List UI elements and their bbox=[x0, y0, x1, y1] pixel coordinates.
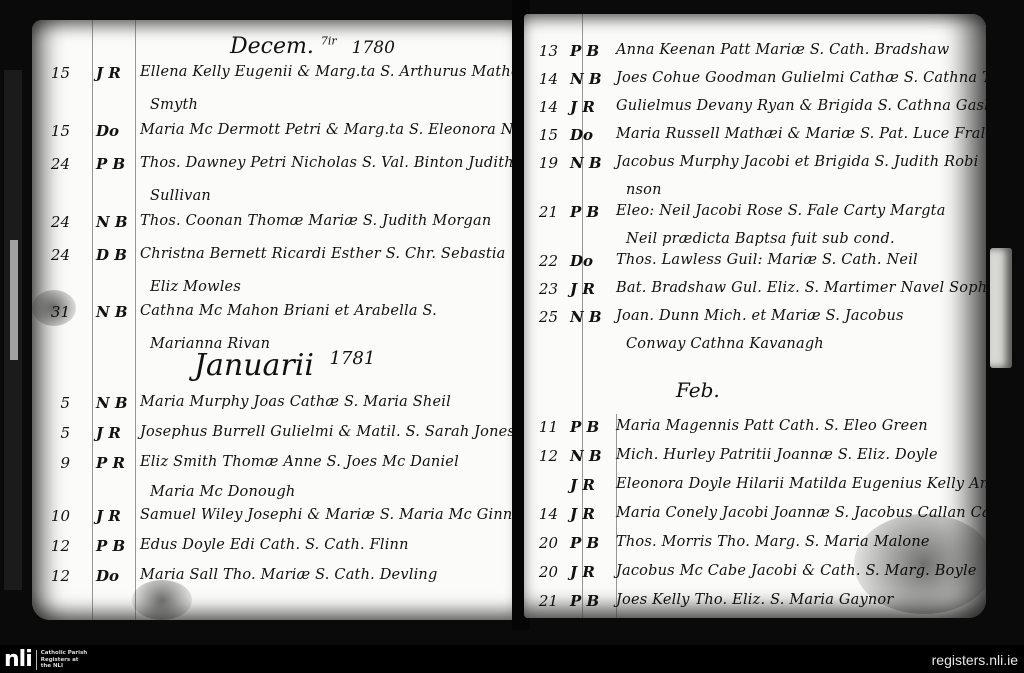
entry-day: 20 bbox=[524, 563, 558, 581]
entry-day: 20 bbox=[524, 534, 558, 552]
entry-text: nson bbox=[626, 182, 662, 198]
entry-continuation: Sullivan bbox=[32, 188, 518, 210]
entry-text: Gulielmus Devany Ryan & Brigida S. Cathn… bbox=[616, 98, 986, 114]
heading-month: Decem. bbox=[230, 34, 314, 59]
entry-text: Sullivan bbox=[150, 188, 211, 204]
entry-text: Maria Mc Dermott Petri & Marg.ta S. Eleo… bbox=[140, 122, 518, 138]
entry-day: 10 bbox=[32, 507, 70, 525]
ink-blot bbox=[132, 580, 192, 620]
entry-day: 14 bbox=[524, 505, 558, 523]
entry-text: Edus Doyle Edi Cath. S. Cath. Flinn bbox=[140, 537, 409, 553]
register-entry: 15J REllena Kelly Eugenii & Marg.ta S. A… bbox=[32, 64, 518, 86]
register-entry: 15DoMaria Russell Mathæi & Mariæ S. Pat.… bbox=[524, 126, 986, 148]
subheading-year: 1781 bbox=[330, 348, 376, 369]
entry-text: Mich. Hurley Patritii Joannæ S. Eliz. Do… bbox=[616, 447, 938, 463]
entry-code: P B bbox=[96, 155, 125, 173]
ink-blot bbox=[854, 514, 986, 614]
entry-code: J R bbox=[570, 505, 595, 523]
register-entry: 5N BMaria Murphy Joas Cathæ S. Maria She… bbox=[32, 394, 518, 416]
entry-text: Anna Keenan Patt Mariæ S. Cath. Bradshaw bbox=[616, 42, 949, 58]
entry-code: J R bbox=[96, 64, 121, 82]
heading-year: 1780 bbox=[352, 38, 395, 58]
logo-text: Catholic Parish Registers at the NLI bbox=[41, 650, 87, 670]
entry-text: Maria Magennis Patt Cath. S. Eleo Green bbox=[616, 418, 928, 434]
entry-day: 15 bbox=[32, 64, 70, 82]
entry-day: 5 bbox=[32, 424, 70, 442]
entry-day: 15 bbox=[524, 126, 558, 144]
entry-code: P B bbox=[570, 42, 599, 60]
entry-day: 12 bbox=[32, 537, 70, 555]
register-entry: 23J RBat. Bradshaw Gul. Eliz. S. Martime… bbox=[524, 280, 986, 302]
site-link[interactable]: registers.nli.ie bbox=[932, 652, 1018, 668]
register-entry: 24D BChristna Bernett Ricardi Esther S. … bbox=[32, 246, 518, 268]
entry-text: Bat. Bradshaw Gul. Eliz. S. Martimer Nav… bbox=[616, 280, 986, 296]
entry-text: Maria Sall Tho. Mariæ S. Cath. Devling bbox=[140, 567, 437, 583]
entry-code: J R bbox=[570, 476, 595, 494]
entry-code: N B bbox=[96, 303, 128, 321]
footer-bar: nli Catholic Parish Registers at the NLI… bbox=[0, 645, 1024, 673]
entry-text: Josephus Burrell Gulielmi & Matil. S. Sa… bbox=[140, 424, 515, 440]
entry-text: Maria Mc Donough bbox=[150, 484, 295, 500]
entry-code: J R bbox=[570, 98, 595, 116]
register-entry: 31N BCathna Mc Mahon Briani et Arabella … bbox=[32, 303, 518, 325]
entry-day: 11 bbox=[524, 418, 558, 436]
entry-code: J R bbox=[570, 563, 595, 581]
entry-day: 12 bbox=[524, 447, 558, 465]
entry-day: 21 bbox=[524, 203, 558, 221]
entry-text: Christna Bernett Ricardi Esther S. Chr. … bbox=[140, 246, 506, 262]
entry-day: 19 bbox=[524, 154, 558, 172]
register-entry: 24P BThos. Dawney Petri Nicholas S. Val.… bbox=[32, 155, 518, 177]
ink-blot bbox=[32, 290, 76, 326]
book-edge-highlight bbox=[10, 240, 18, 360]
entry-day: 9 bbox=[32, 454, 70, 472]
entry-text: Thos. Coonan Thomæ Mariæ S. Judith Morga… bbox=[140, 213, 491, 229]
entry-text: Eleo: Neil Jacobi Rose S. Fale Carty Mar… bbox=[616, 203, 946, 219]
entry-day: 15 bbox=[32, 122, 70, 140]
entry-day: 24 bbox=[32, 246, 70, 264]
entry-day: 24 bbox=[32, 155, 70, 173]
entry-code: D B bbox=[96, 246, 127, 264]
register-entry: 5J RJosephus Burrell Gulielmi & Matil. S… bbox=[32, 424, 518, 446]
entry-code: N B bbox=[570, 308, 602, 326]
entry-code: N B bbox=[570, 447, 602, 465]
right-page: 13P BAnna Keenan Patt Mariæ S. Cath. Bra… bbox=[524, 14, 986, 618]
entry-text: Conway Cathna Kavanagh bbox=[626, 336, 824, 352]
entry-code: N B bbox=[96, 213, 128, 231]
register-entry: 9P REliz Smith Thomæ Anne S. Joes Mc Dan… bbox=[32, 454, 518, 476]
subheading-month: Januarii bbox=[194, 348, 314, 383]
entry-day: 13 bbox=[524, 42, 558, 60]
entry-text: Jacobus Murphy Jacobi et Brigida S. Judi… bbox=[616, 154, 979, 170]
entry-text: Maria Murphy Joas Cathæ S. Maria Sheil bbox=[140, 394, 451, 410]
logo-text-line: the NLI bbox=[41, 663, 87, 670]
february-heading: Feb. bbox=[676, 378, 720, 402]
entry-text: Neil prædicta Baptsa fuit sub cond. bbox=[626, 231, 895, 247]
left-page: Decem. 7ir 1780 15J REllena Kelly Eugeni… bbox=[32, 20, 518, 620]
entry-code: N B bbox=[570, 70, 602, 88]
register-entry: 10J RSamuel Wiley Josephi & Mariæ S. Mar… bbox=[32, 507, 518, 529]
entry-text: Smyth bbox=[150, 97, 198, 113]
entry-day: 23 bbox=[524, 280, 558, 298]
entry-day: 21 bbox=[524, 592, 558, 610]
register-entry: 25N BJoan. Dunn Mich. et Mariæ S. Jacobu… bbox=[524, 308, 986, 330]
logo-divider bbox=[36, 650, 37, 670]
entry-text: Eliz Mowles bbox=[150, 279, 241, 295]
entry-text: Maria Russell Mathæi & Mariæ S. Pat. Luc… bbox=[616, 126, 986, 142]
entry-day: 22 bbox=[524, 252, 558, 270]
register-entry: 13P BAnna Keenan Patt Mariæ S. Cath. Bra… bbox=[524, 42, 986, 64]
subheading-month: Feb. bbox=[676, 378, 720, 402]
entry-day: 24 bbox=[32, 213, 70, 231]
entry-day: 14 bbox=[524, 98, 558, 116]
entry-text: Joes Cohue Goodman Gulielmi Cathæ S. Cat… bbox=[616, 70, 986, 86]
entry-code: P B bbox=[570, 418, 599, 436]
entry-text: Samuel Wiley Josephi & Mariæ S. Maria Mc… bbox=[140, 507, 518, 523]
register-entry: 12P BEdus Doyle Edi Cath. S. Cath. Flinn bbox=[32, 537, 518, 559]
entry-text: Thos. Lawless Guil: Mariæ S. Cath. Neil bbox=[616, 252, 918, 268]
entry-continuation: Conway Cathna Kavanagh bbox=[524, 336, 986, 358]
entry-text: Thos. Dawney Petri Nicholas S. Val. Bint… bbox=[140, 155, 514, 171]
page-tab bbox=[990, 248, 1012, 368]
entry-code: N B bbox=[96, 394, 128, 412]
register-entry: 12DoMaria Sall Tho. Mariæ S. Cath. Devli… bbox=[32, 567, 518, 589]
entry-code: J R bbox=[96, 507, 121, 525]
register-entry: 14N BJoes Cohue Goodman Gulielmi Cathæ S… bbox=[524, 70, 986, 92]
entry-day: 14 bbox=[524, 70, 558, 88]
register-entry: 22DoThos. Lawless Guil: Mariæ S. Cath. N… bbox=[524, 252, 986, 274]
entry-code: J R bbox=[96, 424, 121, 442]
entry-code: P B bbox=[570, 534, 599, 552]
entry-day: 12 bbox=[32, 567, 70, 585]
entry-code: J R bbox=[570, 280, 595, 298]
logo-mark: nli bbox=[4, 649, 32, 671]
entry-code: Do bbox=[570, 252, 593, 270]
entry-day: 25 bbox=[524, 308, 558, 326]
heading-sup: 7ir bbox=[321, 35, 337, 48]
register-image-viewer[interactable]: Decem. 7ir 1780 15J REllena Kelly Eugeni… bbox=[0, 0, 1024, 645]
entry-code: Do bbox=[96, 122, 119, 140]
entry-continuation: nson bbox=[524, 182, 986, 204]
entry-code: N B bbox=[570, 154, 602, 172]
entry-text: Eleonora Doyle Hilarii Matilda Eugenius … bbox=[616, 476, 986, 492]
entry-text: Joan. Dunn Mich. et Mariæ S. Jacobus bbox=[616, 308, 904, 324]
entry-code: P R bbox=[96, 454, 125, 472]
entry-code: P B bbox=[96, 537, 125, 555]
entry-code: Do bbox=[96, 567, 119, 585]
entry-code: P B bbox=[570, 592, 599, 610]
entry-continuation: Maria Mc Donough bbox=[32, 484, 518, 506]
january-heading: Januarii 1781 bbox=[194, 348, 375, 383]
entry-text: Joes Kelly Tho. Eliz. S. Maria Gaynor bbox=[616, 592, 893, 608]
month-heading: Decem. 7ir 1780 bbox=[230, 34, 395, 59]
entry-text: Ellena Kelly Eugenii & Marg.ta S. Arthur… bbox=[140, 64, 518, 80]
entry-text: Eliz Smith Thomæ Anne S. Joes Mc Daniel bbox=[140, 454, 459, 470]
entry-continuation: Smyth bbox=[32, 97, 518, 119]
register-entry: 24N BThos. Coonan Thomæ Mariæ S. Judith … bbox=[32, 213, 518, 235]
entry-text: Cathna Mc Mahon Briani et Arabella S. bbox=[140, 303, 437, 319]
register-entry: 19N BJacobus Murphy Jacobi et Brigida S.… bbox=[524, 154, 986, 176]
register-entry: 14J RGulielmus Devany Ryan & Brigida S. … bbox=[524, 98, 986, 120]
nli-logo[interactable]: nli Catholic Parish Registers at the NLI bbox=[4, 649, 87, 671]
register-entry: 15DoMaria Mc Dermott Petri & Marg.ta S. … bbox=[32, 122, 518, 144]
entry-code: Do bbox=[570, 126, 593, 144]
entry-day: 5 bbox=[32, 394, 70, 412]
register-entry: 12N BMich. Hurley Patritii Joannæ S. Eli… bbox=[524, 447, 986, 469]
register-entry: 21P BEleo: Neil Jacobi Rose S. Fale Cart… bbox=[524, 203, 986, 225]
register-entry: 11P BMaria Magennis Patt Cath. S. Eleo G… bbox=[524, 418, 986, 440]
entry-continuation: Eliz Mowles bbox=[32, 279, 518, 301]
entry-continuation: Neil prædicta Baptsa fuit sub cond. bbox=[524, 231, 986, 253]
entry-code: P B bbox=[570, 203, 599, 221]
logo-text-line: Catholic Parish bbox=[41, 650, 87, 657]
register-entry: J REleonora Doyle Hilarii Matilda Eugeni… bbox=[524, 476, 986, 498]
